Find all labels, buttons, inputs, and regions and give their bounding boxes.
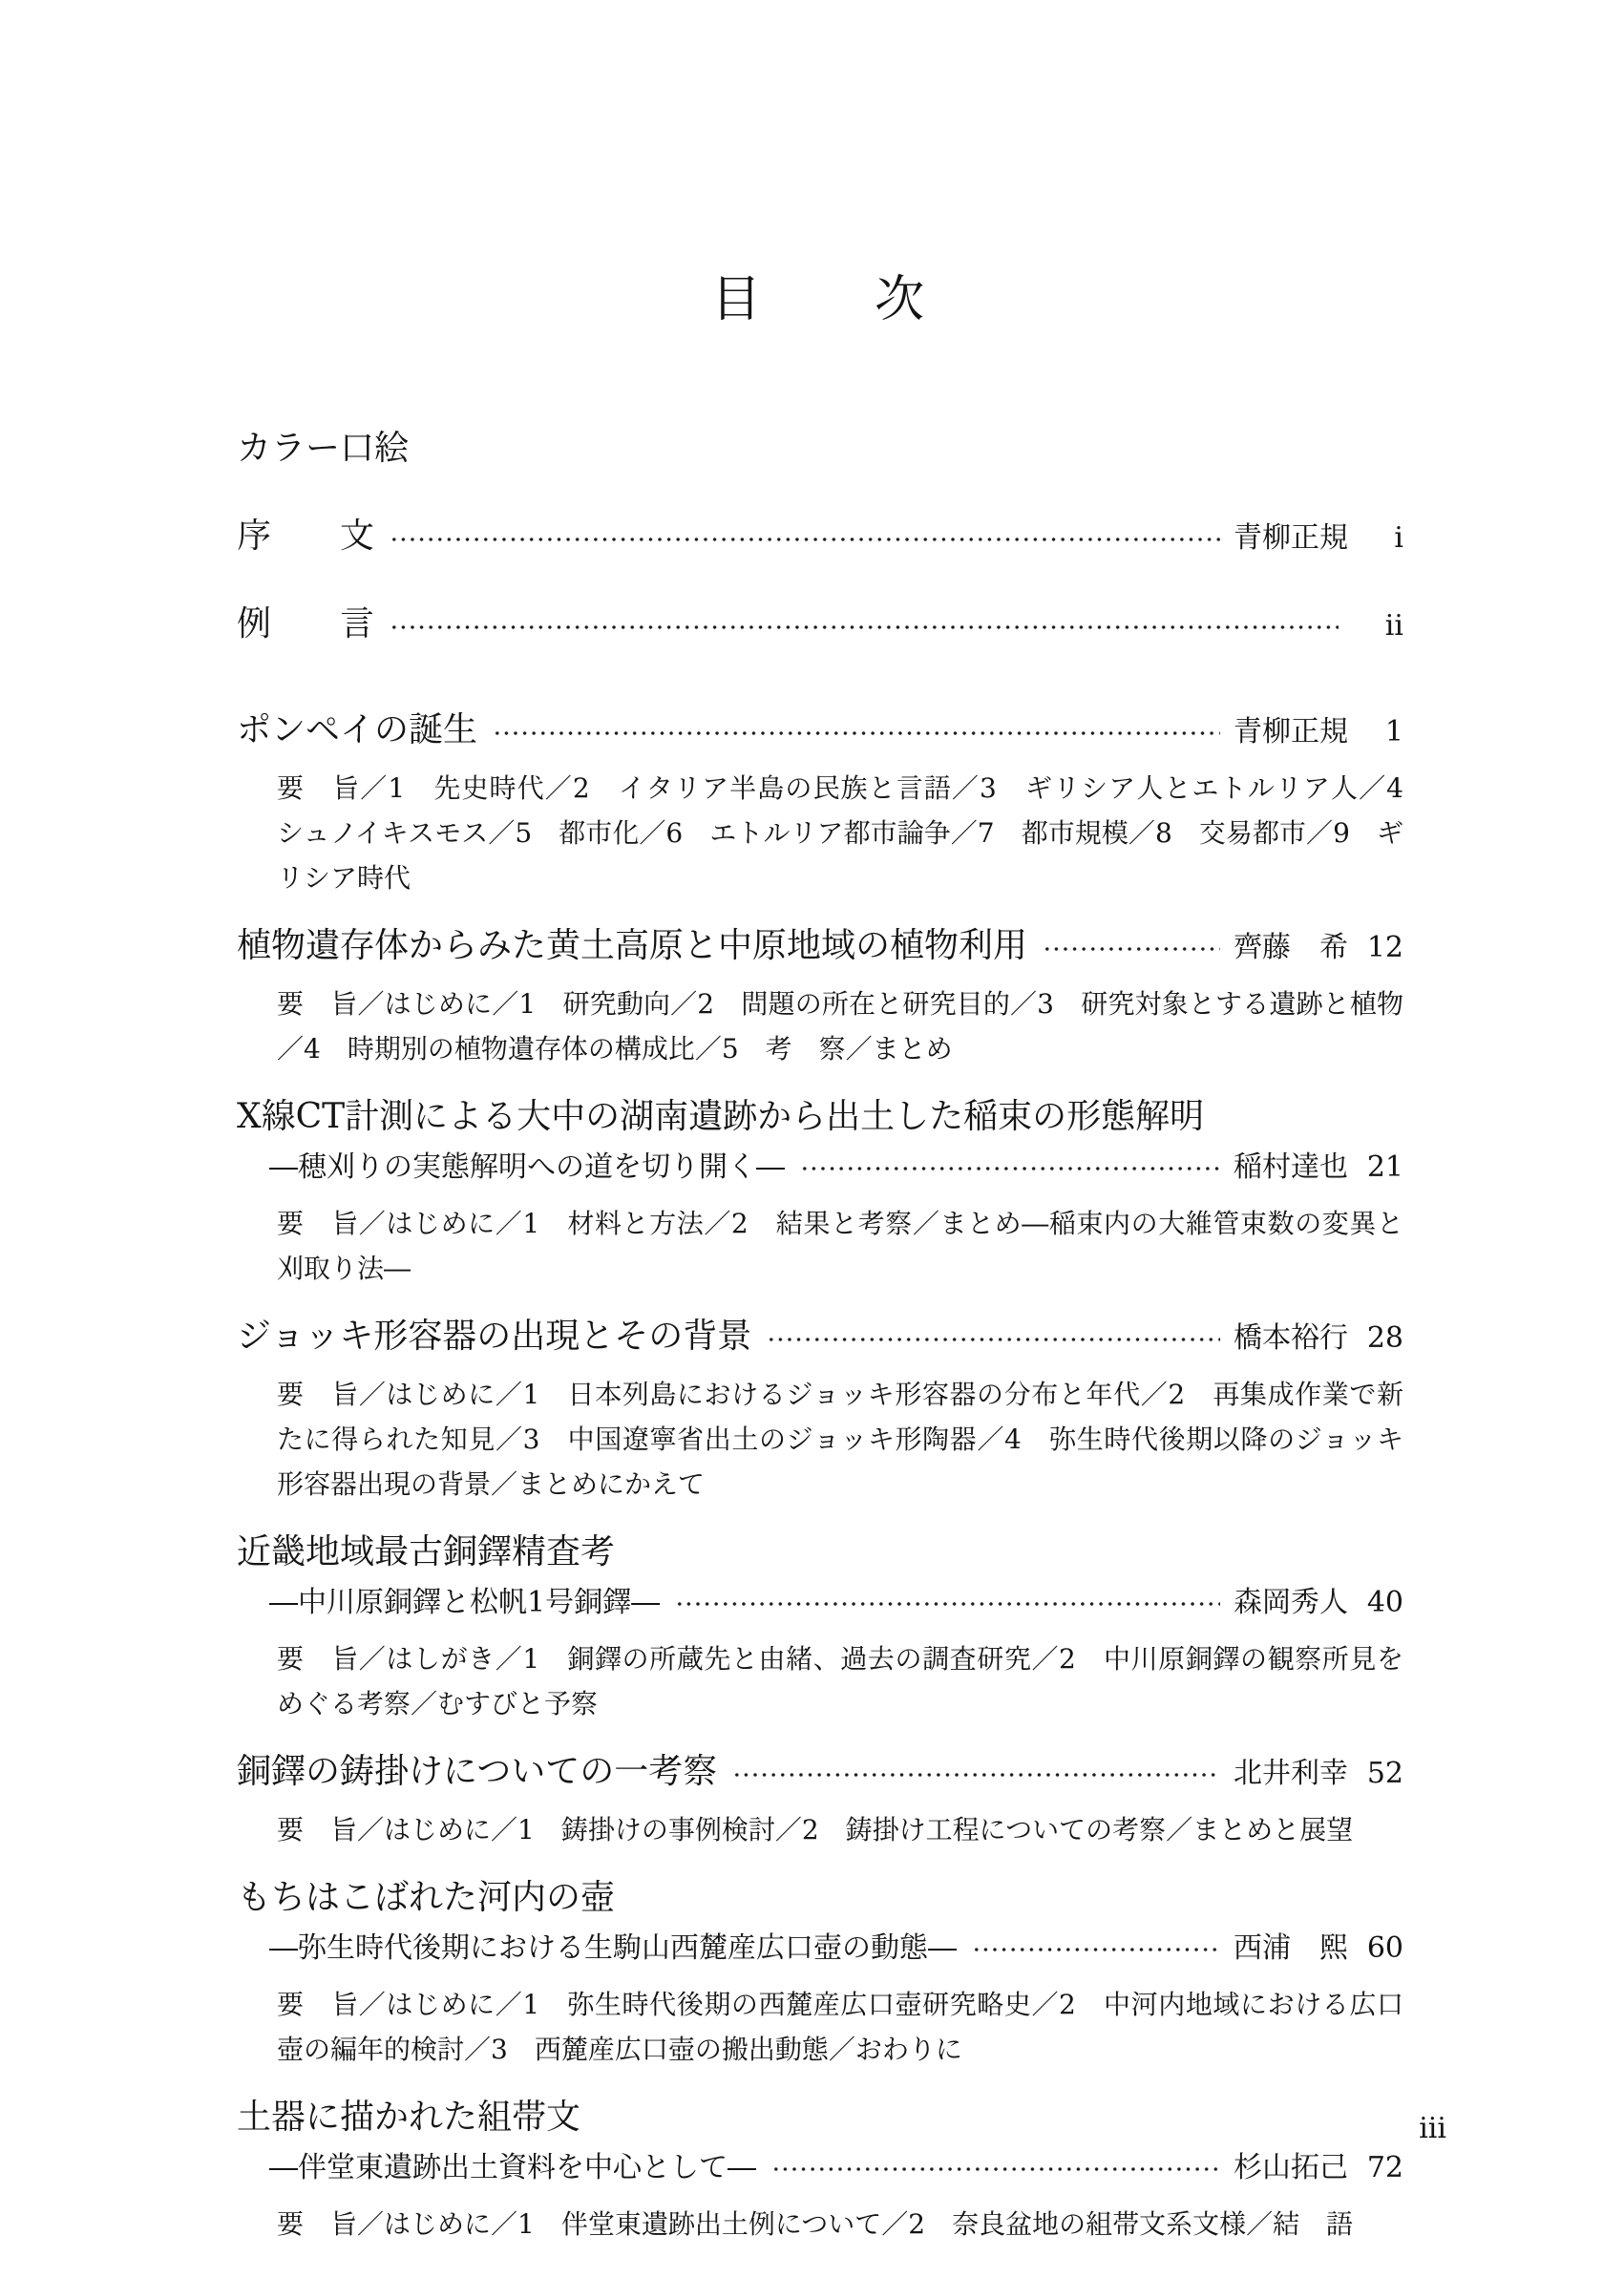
entry-title-row: ジョッキ形容器の出現とその背景 橋本裕行 28 [237,1314,1403,1360]
author-name: 北井利幸 [1234,1751,1348,1796]
frontmatter-title: カラー口絵 [237,427,409,471]
entry-subtitle: ―弥生時代後期における生駒山西麓産広口壺の動態― [269,1926,957,1971]
author-name: 青柳正規 [1234,709,1348,754]
author-name: 森岡秀人 [1234,1580,1348,1625]
entry-title: もちはこばれた河内の壺 [237,1875,1403,1920]
entry-subtitle-row: ―伴堂東遺跡出土資料を中心として― 杉山拓己 72 [237,2145,1403,2190]
entry-subtitle-row: ―弥生時代後期における生駒山西麓産広口壺の動態― 西浦 熙 60 [237,1926,1403,1971]
page-number: 21 [1358,1145,1403,1190]
dot-leader [390,620,1339,635]
entry-section-list: 要 旨／はじめに／1 研究動向／2 問題の所在と研究目的／3 研究対象とする遺跡… [277,981,1403,1071]
entry-section-list: 要 旨／はじめに／1 鋳掛けの事例検討／2 鋳掛け工程についての考察／まとめと展… [277,1807,1403,1852]
entry-title: X線CT計測による大中の湖南遺跡から出土した稲束の形態解明 [237,1094,1403,1139]
entry-subtitle-row: ―中川原銅鐸と松帆1号銅鐸― 森岡秀人 40 [237,1580,1403,1625]
dot-leader [675,1596,1220,1612]
entry-title-row: 植物遺存体からみた黄土高原と中原地域の植物利用 齊藤 希 12 [237,923,1403,970]
author-name: 稲村達也 [1234,1145,1348,1190]
author-name: 橋本裕行 [1234,1316,1348,1360]
page-number: 40 [1358,1580,1403,1625]
toc-entry: 近畿地域最古銅鐸精査考 ―中川原銅鐸と松帆1号銅鐸― 森岡秀人 40 要 旨／は… [237,1529,1403,1726]
page-number: 72 [1358,2145,1403,2190]
entry-section-list: 要 旨／はしがき／1 銅鐸の所蔵先と由緒、過去の調査研究／2 中川原銅鐸の観察所… [277,1636,1403,1726]
page-number: 12 [1358,925,1403,970]
entry-subtitle: ―中川原銅鐸と松帆1号銅鐸― [269,1580,660,1625]
author-name: 青柳正規 [1234,517,1348,560]
entry-subtitle: ―穂刈りの実態解明への道を切り開く― [269,1145,785,1190]
entry-section-list: 要 旨／はじめに／1 日本列島におけるジョッキ形容器の分布と年代／2 再集成作業… [277,1372,1403,1507]
entry-title: 銅鐸の鋳掛けについての一考察 [237,1749,717,1794]
entry-section-list: 要 旨／はじめに／1 材料と方法／2 結果と考察／まとめ―稲束内の大維管束数の変… [277,1201,1403,1291]
author-name: 西浦 熙 [1234,1926,1348,1971]
frontmatter-title: 序 文 [237,515,374,559]
toc-entry: ポンペイの誕生 青柳正規 1 要 旨／1 先史時代／2 イタリア半島の民族と言語… [237,707,1403,900]
toc-entry: 銅鐸の鋳掛けについての一考察 北井利幸 52 要 旨／はじめに／1 鋳掛けの事例… [237,1749,1403,1852]
entry-title-row: 銅鐸の鋳掛けについての一考察 北井利幸 52 [237,1749,1403,1796]
toc-entry: もちはこばれた河内の壺 ―弥生時代後期における生駒山西麓産広口壺の動態― 西浦 … [237,1875,1403,2072]
dot-leader [972,1942,1220,1957]
page-number: ii [1358,604,1403,648]
entry-section-list: 要 旨／1 先史時代／2 イタリア半島の民族と言語／3 ギリシア人とエトルリア人… [277,766,1403,900]
author-name: 齊藤 希 [1234,925,1348,970]
entry-title: 土器に描かれた組帯文 [237,2095,1403,2140]
frontmatter-color-plates: カラー口絵 [237,427,1403,471]
frontmatter-editorial-notes: 例 言 ii [237,602,1403,648]
frontmatter-title: 例 言 [237,602,374,646]
entry-subtitle-row: ―穂刈りの実態解明への道を切り開く― 稲村達也 21 [237,1145,1403,1190]
dot-leader [800,1161,1220,1176]
toc-entry: 土器に描かれた組帯文 ―伴堂東遺跡出土資料を中心として― 杉山拓己 72 要 旨… [237,2095,1403,2246]
page-number: 60 [1358,1926,1403,1971]
frontmatter-preface: 序 文 青柳正規 i [237,515,1403,560]
entry-title: 植物遺存体からみた黄土高原と中原地域の植物利用 [237,923,1027,968]
dot-leader [1043,941,1220,957]
toc-entry: 植物遺存体からみた黄土高原と中原地域の植物利用 齊藤 希 12 要 旨／はじめに… [237,923,1403,1071]
dot-leader [732,1767,1220,1782]
folio-page-number: iii [1419,2112,1446,2146]
page-number: 28 [1358,1316,1403,1360]
dot-leader [771,2162,1220,2177]
entry-title: ジョッキ形容器の出現とその背景 [237,1314,751,1359]
entry-section-list: 要 旨／はじめに／1 伴堂東遺跡出土例について／2 奈良盆地の組帯文系文様／結 … [277,2202,1403,2246]
page-title: 目 次 [237,273,1403,327]
entry-title: ポンペイの誕生 [237,707,477,752]
author-name: 杉山拓己 [1234,2145,1348,2190]
dot-leader [390,532,1220,547]
page-number: i [1358,517,1403,560]
entry-section-list: 要 旨／はじめに／1 弥生時代後期の西麓産広口壺研究略史／2 中河内地域における… [277,1982,1403,2072]
entry-title: 近畿地域最古銅鐸精査考 [237,1529,1403,1574]
toc-entry: X線CT計測による大中の湖南遺跡から出土した稲束の形態解明 ―穂刈りの実態解明へ… [237,1094,1403,1291]
dot-leader [767,1332,1220,1347]
entry-title-row: ポンペイの誕生 青柳正規 1 [237,707,1403,754]
toc-page: 目 次 カラー口絵 序 文 青柳正規 i 例 言 ii ポンペイの誕生 青柳正規… [0,0,1624,2278]
toc-entry: ジョッキ形容器の出現とその背景 橋本裕行 28 要 旨／はじめに／1 日本列島に… [237,1314,1403,1507]
page-number: 1 [1358,709,1403,754]
entry-subtitle: ―伴堂東遺跡出土資料を中心として― [269,2145,756,2190]
page-number: 52 [1358,1751,1403,1796]
toc-content: 目 次 カラー口絵 序 文 青柳正規 i 例 言 ii ポンペイの誕生 青柳正規… [0,273,1624,2246]
dot-leader [493,726,1220,741]
